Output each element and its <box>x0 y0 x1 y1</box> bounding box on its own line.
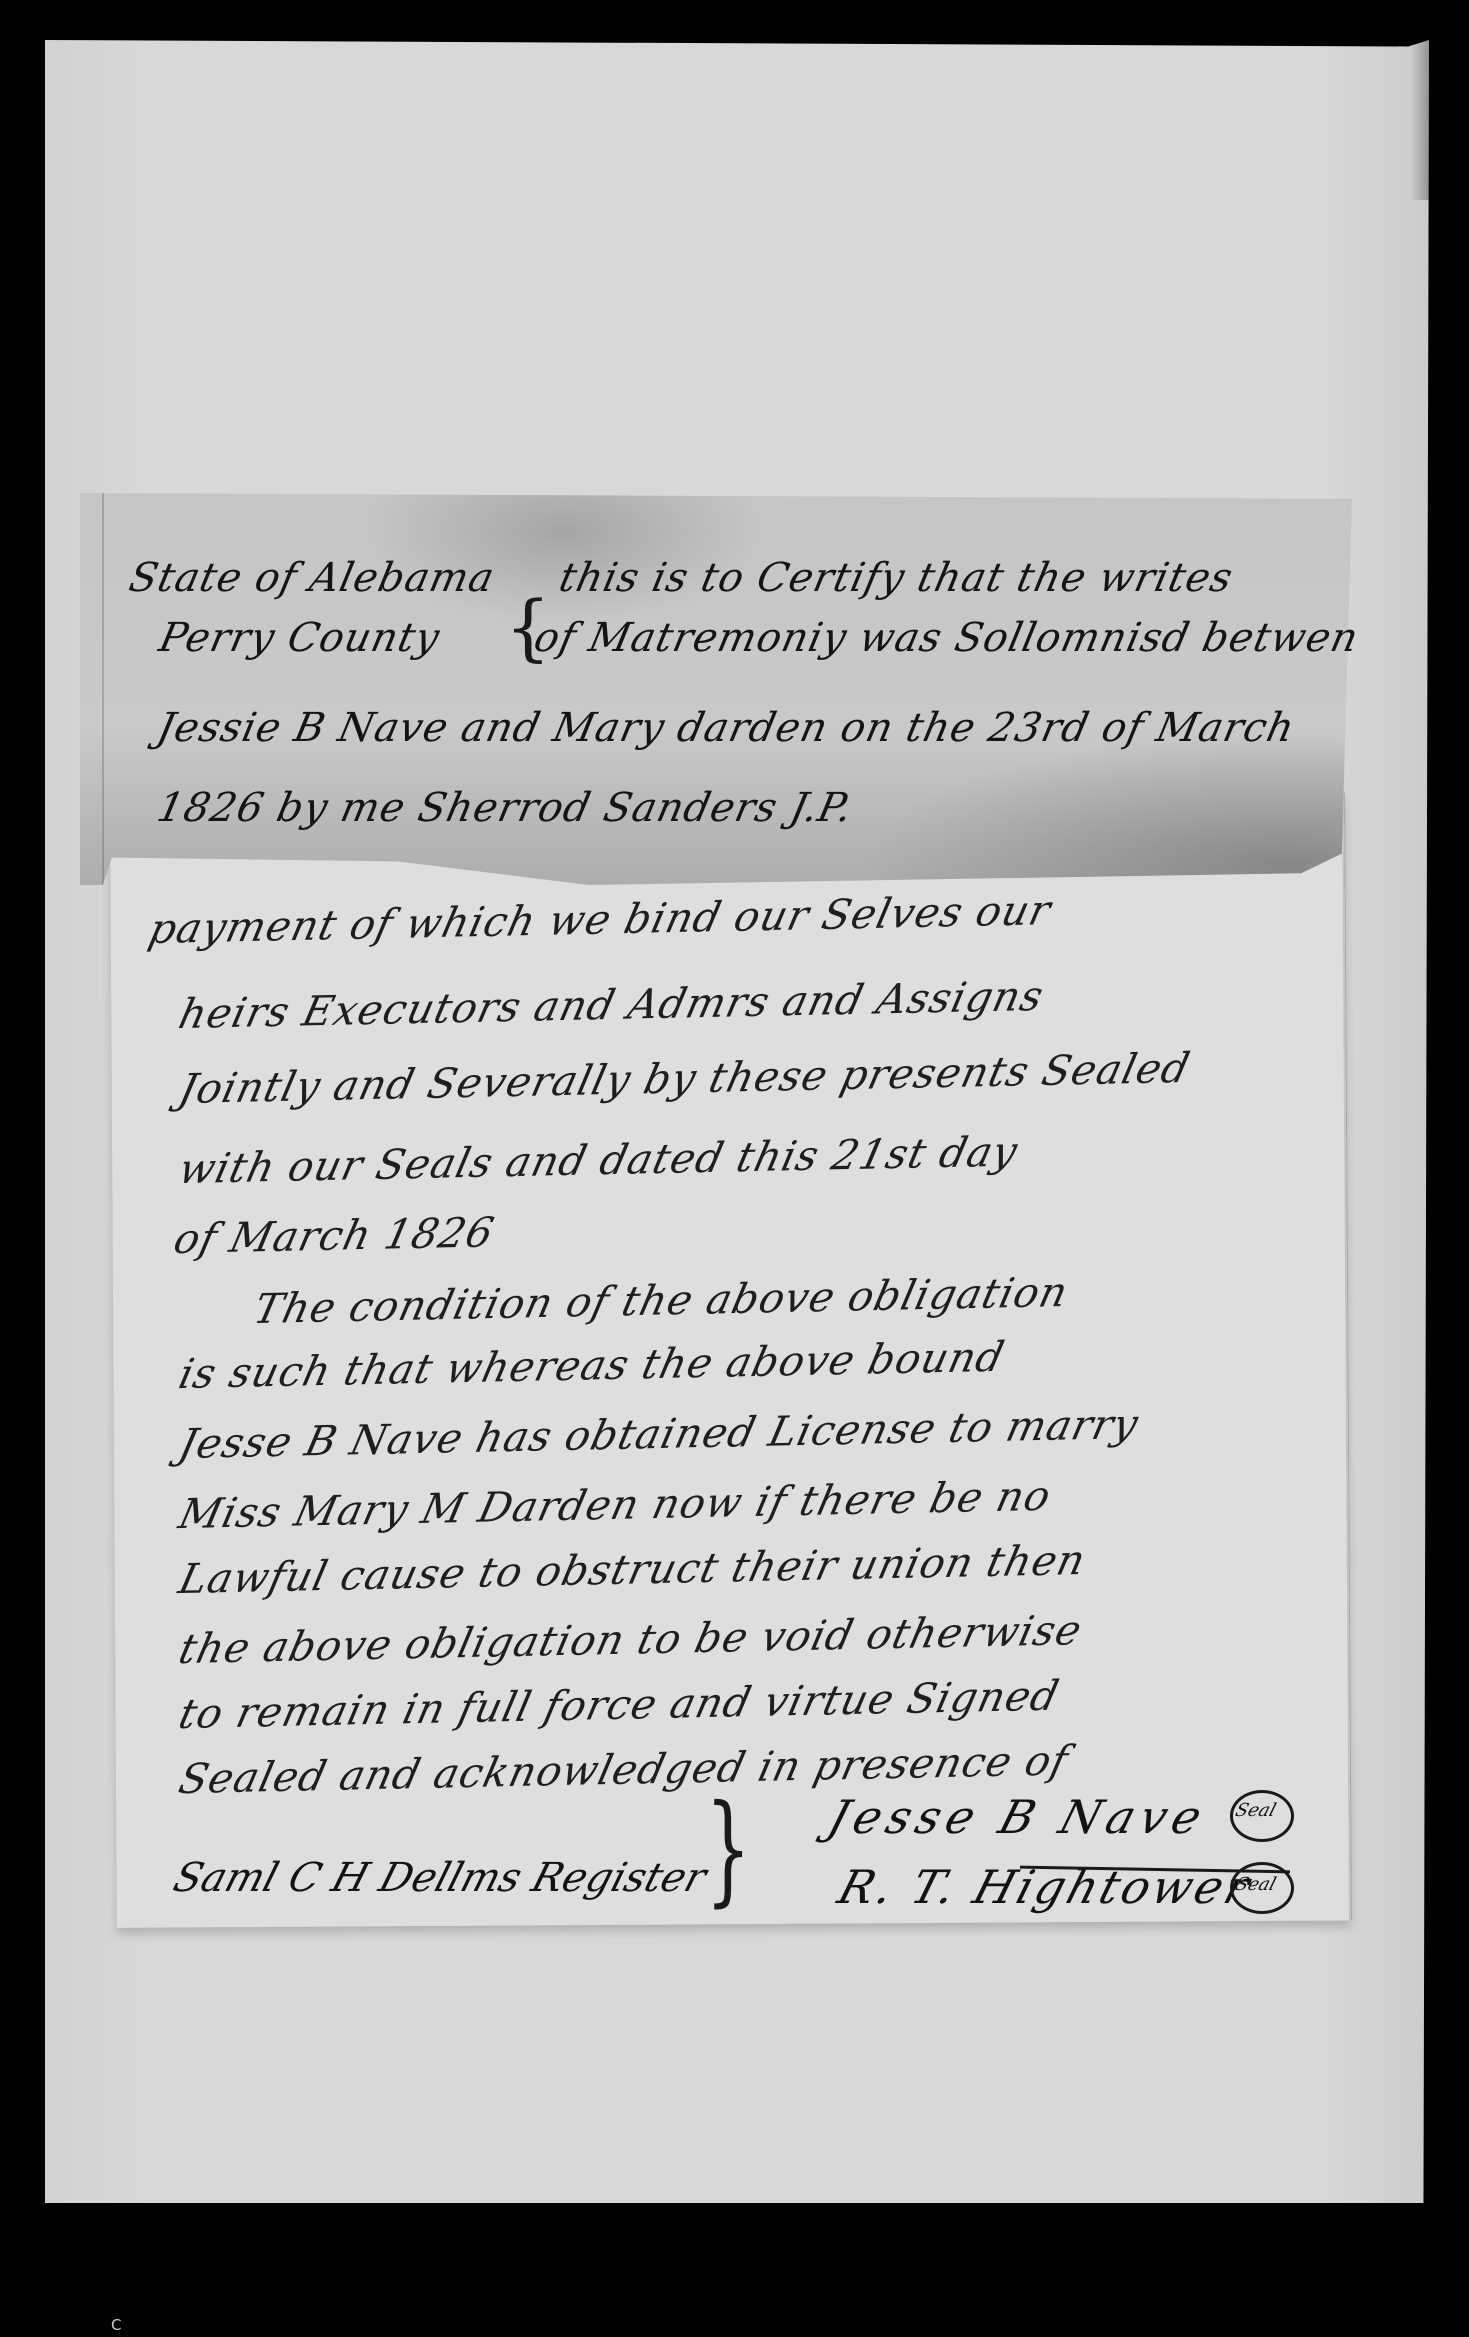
witness-brace: } <box>705 1780 751 1919</box>
scan-frame: payment of which we bind our Selves our … <box>0 0 1469 2337</box>
certificate-state: State of Alebama <box>125 555 499 601</box>
certificate-line-3: Jessie B Nave and Mary darden on the 23r… <box>153 705 1299 751</box>
bond-line-5: of March 1826 <box>170 1208 500 1263</box>
slip-ruling-line <box>102 493 104 885</box>
surety-seal-label: Seal <box>1233 1874 1279 1895</box>
principal-signature: Jesse B Nave <box>822 1790 1214 1844</box>
principal-seal-label: Seal <box>1233 1800 1279 1821</box>
certificate-line-4: 1826 by me Sherrod Sanders J.P. <box>153 785 857 831</box>
certificate-line-2: of Matremoniy was Sollomnisd betwen <box>530 615 1363 661</box>
archive-mark-icon: C <box>111 2317 129 2333</box>
witness-signature: Saml C H Dellms Register <box>168 1855 711 1901</box>
certificate-county: Perry County <box>155 615 444 661</box>
certificate-line-1: this is to Certify that the writes <box>555 555 1237 601</box>
